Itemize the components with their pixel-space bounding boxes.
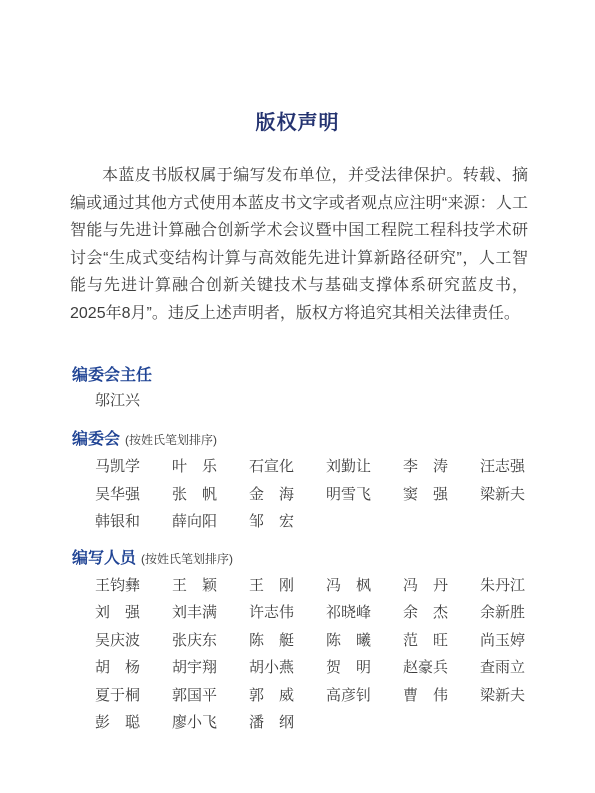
person-name: 许志伟 xyxy=(249,604,326,623)
person-name: 金 海 xyxy=(249,486,326,505)
section-heading-row: 编委会主任 xyxy=(72,366,595,386)
person-name: 郭 威 xyxy=(249,687,326,706)
copyright-paragraph: 本蓝皮书版权属于编写发布单位，并受法律保护。转载、摘编或通过其他方式使用本蓝皮书… xyxy=(70,162,528,328)
person-name: 马凯学 xyxy=(95,458,172,477)
person-name: 梁新夫 xyxy=(480,687,557,706)
section-heading-row: 编写人员(按姓氏笔划排序) xyxy=(72,549,595,569)
section-writing-staff: 编写人员(按姓氏笔划排序) 王钧彝王 颖王 刚冯 枫冯 丹朱丹江刘 强刘丰满许志… xyxy=(72,549,595,733)
person-name: 刘勤让 xyxy=(326,458,403,477)
sort-note: (按姓氏笔划排序) xyxy=(141,552,233,566)
person-name: 叶 乐 xyxy=(172,458,249,477)
person-name: 夏于桐 xyxy=(95,687,172,706)
person-name: 陈 艇 xyxy=(249,632,326,651)
section-heading-row: 编委会(按姓氏笔划排序) xyxy=(72,430,595,450)
section-heading: 编写人员 xyxy=(72,550,136,567)
section-heading: 编委会 xyxy=(72,431,120,448)
person-name: 张 帆 xyxy=(172,486,249,505)
person-name: 韩银和 xyxy=(95,513,172,532)
person-name: 彭 聪 xyxy=(95,714,172,733)
person-name: 余新胜 xyxy=(480,604,557,623)
person-name: 高彦钊 xyxy=(326,687,403,706)
person-name: 冯 枫 xyxy=(326,577,403,596)
section-editorial-director: 编委会主任 邬江兴 xyxy=(72,366,595,411)
person-name: 潘 纲 xyxy=(249,714,326,733)
person-name: 胡宇翔 xyxy=(172,659,249,678)
person-name: 明雪飞 xyxy=(326,486,403,505)
person-name: 汪志强 xyxy=(480,458,557,477)
person-name: 王 刚 xyxy=(249,577,326,596)
person-name: 梁新夫 xyxy=(480,486,557,505)
person-name: 曹 伟 xyxy=(403,687,480,706)
person-name: 邹 宏 xyxy=(249,513,326,532)
person-name: 胡小燕 xyxy=(249,659,326,678)
person-name: 李 涛 xyxy=(403,458,480,477)
person-name: 范 旺 xyxy=(403,632,480,651)
person-name: 张庆东 xyxy=(172,632,249,651)
person-name: 尚玉婷 xyxy=(480,632,557,651)
names-grid: 邬江兴 xyxy=(95,392,595,411)
sort-note: (按姓氏笔划排序) xyxy=(125,433,217,447)
names-grid: 马凯学叶 乐石宣化刘勤让李 涛汪志强吴华强张 帆金 海明雪飞窦 强梁新夫韩银和薛… xyxy=(95,458,595,532)
person-name: 吴华强 xyxy=(95,486,172,505)
person-name: 王钧彝 xyxy=(95,577,172,596)
page-title: 版权声明 xyxy=(0,0,595,135)
person-name: 查雨立 xyxy=(480,659,557,678)
person-name: 贺 明 xyxy=(326,659,403,678)
person-name: 朱丹江 xyxy=(480,577,557,596)
person-name: 郭国平 xyxy=(172,687,249,706)
person-name: 余 杰 xyxy=(403,604,480,623)
person-name: 刘 强 xyxy=(95,604,172,623)
person-name: 陈 曦 xyxy=(326,632,403,651)
person-name: 王 颖 xyxy=(172,577,249,596)
person-name: 石宣化 xyxy=(249,458,326,477)
person-name: 吴庆波 xyxy=(95,632,172,651)
person-name: 刘丰满 xyxy=(172,604,249,623)
person-name: 邬江兴 xyxy=(95,392,172,411)
copyright-page: 版权声明 本蓝皮书版权属于编写发布单位，并受法律保护。转载、摘编或通过其他方式使… xyxy=(0,0,595,793)
person-name: 薛向阳 xyxy=(172,513,249,532)
person-name: 冯 丹 xyxy=(403,577,480,596)
names-grid: 王钧彝王 颖王 刚冯 枫冯 丹朱丹江刘 强刘丰满许志伟祁晓峰余 杰余新胜吴庆波张… xyxy=(95,577,595,733)
person-name: 赵豪兵 xyxy=(403,659,480,678)
section-heading: 编委会主任 xyxy=(72,367,152,384)
person-name: 胡 杨 xyxy=(95,659,172,678)
person-name: 祁晓峰 xyxy=(326,604,403,623)
section-editorial-committee: 编委会(按姓氏笔划排序) 马凯学叶 乐石宣化刘勤让李 涛汪志强吴华强张 帆金 海… xyxy=(72,430,595,532)
person-name: 廖小飞 xyxy=(172,714,249,733)
person-name: 窦 强 xyxy=(403,486,480,505)
